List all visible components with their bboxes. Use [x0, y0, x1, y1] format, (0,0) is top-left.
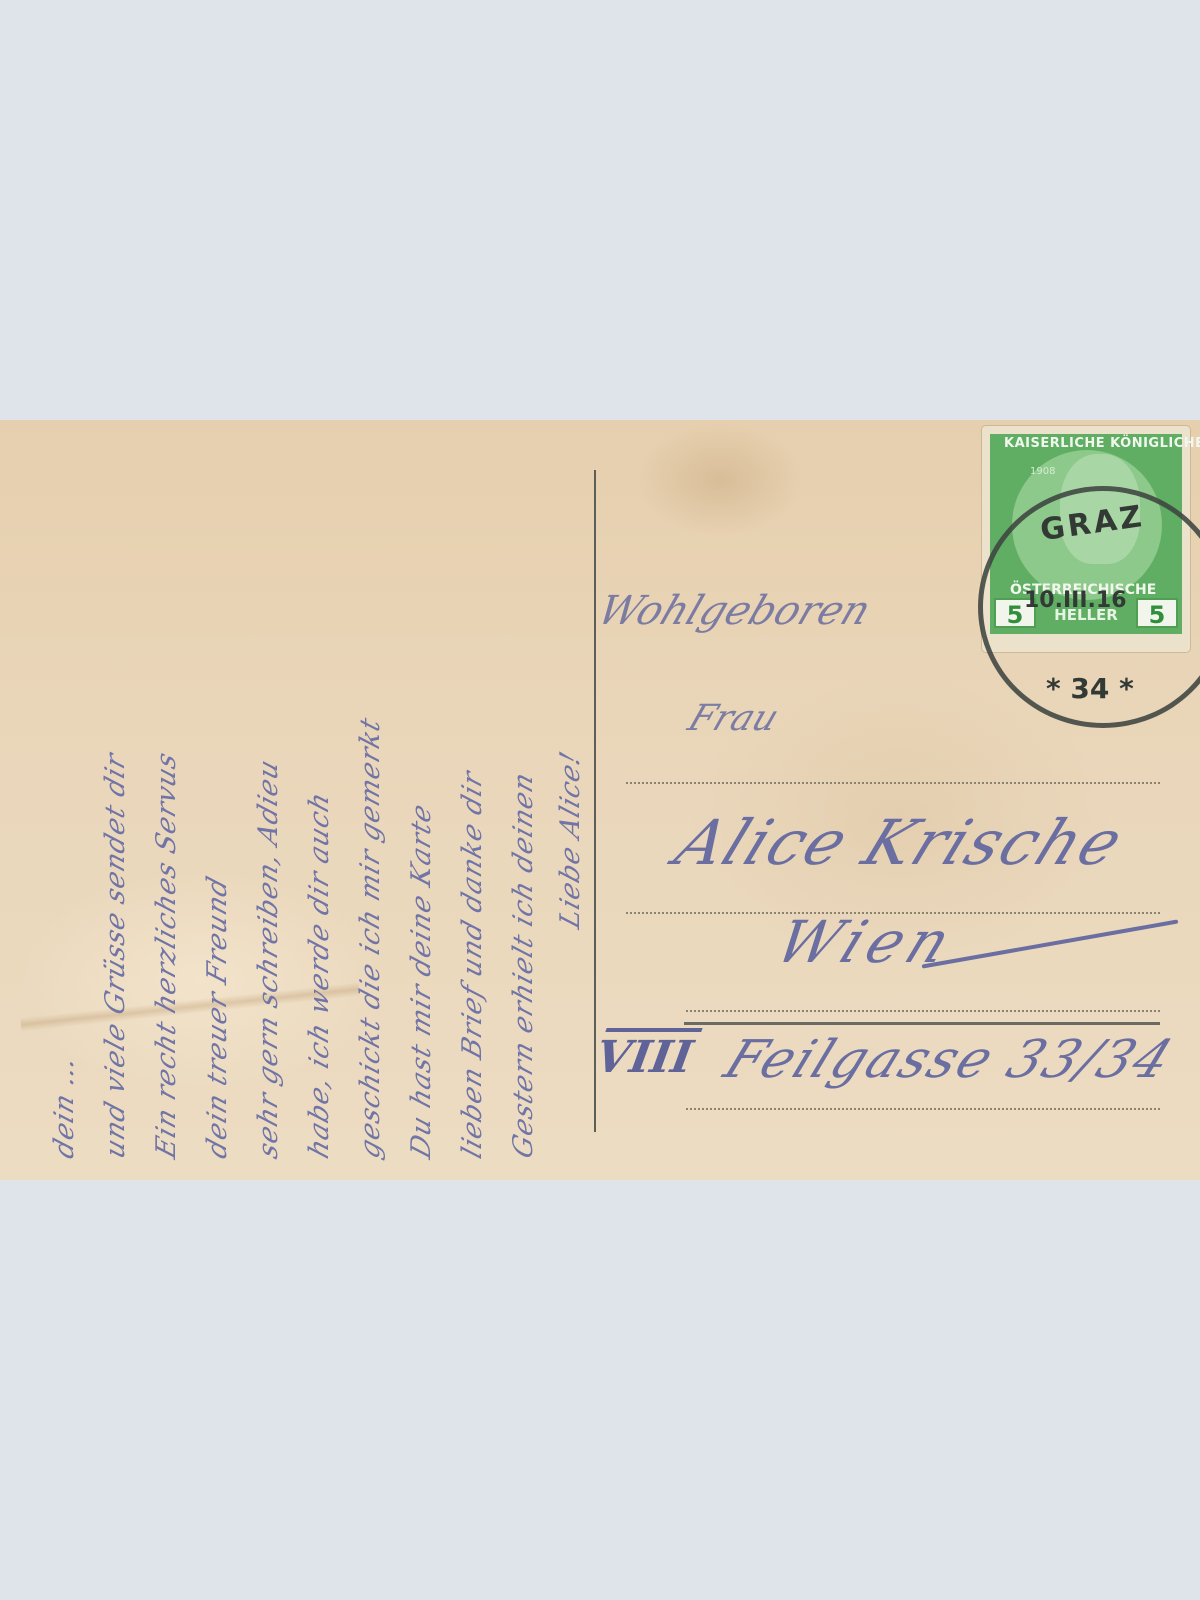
city-underline-stroke: [922, 919, 1179, 968]
address-line-1: [626, 782, 1160, 784]
message-line: sehr gern schreiben, Adieu: [246, 753, 292, 1165]
address-title: Frau: [683, 698, 785, 739]
message-line: geschickt die ich mir gemerkt: [348, 711, 394, 1165]
handwritten-message: Liebe Alice!: [548, 745, 594, 935]
address-salutation: Wohlgeboren: [592, 588, 877, 634]
stamp-year: 1908: [1030, 466, 1055, 477]
message-line: und viele Grüsse sendet dir: [93, 746, 139, 1165]
message-line: Ein recht herzliches Servus: [144, 745, 190, 1165]
message-greeting: Liebe Alice!: [548, 745, 594, 935]
center-divider: [594, 470, 596, 1132]
address-line-3: [686, 1010, 1160, 1012]
message-line: Du hast mir deine Karte: [399, 797, 445, 1165]
postmark-code: * 34 *: [1046, 672, 1134, 705]
address-name: Alice Krische: [665, 806, 1135, 879]
address-district: VIII: [587, 1032, 701, 1083]
address-line-4: [686, 1108, 1160, 1110]
message-line: dein treuer Freund: [195, 870, 241, 1165]
message-line: Gestern erhielt ich deinen: [501, 766, 547, 1165]
stamp-top-text: KAISERLICHE KÖNIGLICHE: [1004, 436, 1200, 451]
message-line: habe, ich werde dir auch: [297, 785, 343, 1165]
message-line: dein …: [42, 1049, 88, 1165]
address-street: Feilgasse 33/34: [716, 1030, 1182, 1090]
message-line: lieben Brief und danke dir: [450, 764, 496, 1165]
postcard-back: No. 500/8 Kunstverlag S. Frank, Graz 191…: [0, 420, 1200, 1180]
postmark-date: 10.III.16: [1024, 588, 1127, 613]
address-line-solid: [684, 1022, 1160, 1025]
